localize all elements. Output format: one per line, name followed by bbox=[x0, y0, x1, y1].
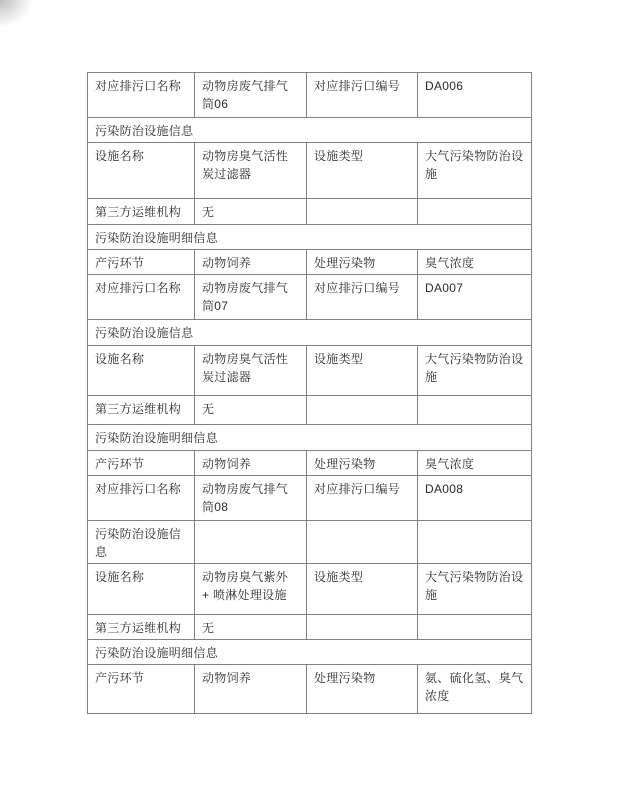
field-label-cell: 第三方运维机构 bbox=[88, 615, 195, 640]
field-value-cell: DA006 bbox=[418, 73, 532, 118]
field-value-cell: DA007 bbox=[418, 275, 532, 320]
field-label-cell: 产污环节 bbox=[88, 451, 195, 476]
field-value-cell bbox=[195, 521, 307, 564]
field-value-cell: 无 bbox=[195, 199, 307, 225]
page-corner-shade bbox=[0, 0, 46, 38]
section-header-cell: 污染防治设施明细信息 bbox=[88, 425, 532, 451]
field-label-cell: 处理污染物 bbox=[307, 451, 418, 476]
table-row: 第三方运维机构无 bbox=[88, 396, 532, 425]
field-label-cell bbox=[307, 199, 418, 225]
field-label-cell: 对应排污口名称 bbox=[88, 275, 195, 320]
table-row: 第三方运维机构无 bbox=[88, 615, 532, 640]
field-label-cell: 第三方运维机构 bbox=[88, 199, 195, 225]
field-label-cell: 处理污染物 bbox=[307, 665, 418, 714]
section-header-row: 污染防治设施明细信息 bbox=[88, 225, 532, 250]
field-value-cell: 大气污染物防治设施 bbox=[418, 143, 532, 199]
section-header-cell: 污染防治设施信息 bbox=[88, 320, 532, 346]
section-header-row: 污染防治设施信息 bbox=[88, 118, 532, 143]
field-value-cell: 动物房臭气紫外 + 喷淋处理设施 bbox=[195, 564, 307, 615]
field-value-cell: 动物饲养 bbox=[195, 451, 307, 476]
section-header-cell: 污染防治设施明细信息 bbox=[88, 225, 532, 250]
pollution-table-body: 对应排污口名称动物房废气排气筒06对应排污口编号DA006污染防治设施信息设施名… bbox=[88, 73, 532, 714]
table-row: 对应排污口名称动物房废气排气筒07对应排污口编号DA007 bbox=[88, 275, 532, 320]
field-value-cell bbox=[418, 396, 532, 425]
table-row: 产污环节动物饲养处理污染物氨、硫化氢、臭气浓度 bbox=[88, 665, 532, 714]
field-value-cell bbox=[418, 521, 532, 564]
field-value-cell: DA008 bbox=[418, 476, 532, 521]
field-value-cell: 臭气浓度 bbox=[418, 451, 532, 476]
field-value-cell bbox=[418, 199, 532, 225]
field-value-cell: 无 bbox=[195, 615, 307, 640]
field-label-cell: 设施类型 bbox=[307, 564, 418, 615]
field-label-cell bbox=[307, 521, 418, 564]
field-label-cell bbox=[307, 615, 418, 640]
field-label-cell: 对应排污口编号 bbox=[307, 476, 418, 521]
field-label-cell: 对应排污口名称 bbox=[88, 476, 195, 521]
field-value-cell: 大气污染物防治设施 bbox=[418, 564, 532, 615]
section-header-row: 污染防治设施明细信息 bbox=[88, 425, 532, 451]
field-label-cell bbox=[307, 396, 418, 425]
section-header-cell: 污染防治设施信息 bbox=[88, 118, 532, 143]
field-value-cell: 动物房臭气活性炭过滤器 bbox=[195, 346, 307, 396]
field-label-cell: 设施名称 bbox=[88, 346, 195, 396]
field-value-cell: 动物饲养 bbox=[195, 665, 307, 714]
pollution-facility-table: 对应排污口名称动物房废气排气筒06对应排污口编号DA006污染防治设施信息设施名… bbox=[87, 72, 532, 714]
field-value-cell: 动物饲养 bbox=[195, 250, 307, 275]
field-value-cell: 臭气浓度 bbox=[418, 250, 532, 275]
field-label-cell: 产污环节 bbox=[88, 665, 195, 714]
section-header-row: 污染防治设施明细信息 bbox=[88, 640, 532, 665]
field-label-cell: 污染防治设施信息 bbox=[88, 521, 195, 564]
field-value-cell: 无 bbox=[195, 396, 307, 425]
field-value-cell: 动物房臭气活性炭过滤器 bbox=[195, 143, 307, 199]
permit-table-container: 对应排污口名称动物房废气排气筒06对应排污口编号DA006污染防治设施信息设施名… bbox=[87, 72, 533, 714]
field-label-cell: 设施名称 bbox=[88, 564, 195, 615]
field-label-cell: 对应排污口编号 bbox=[307, 275, 418, 320]
table-row: 污染防治设施信息 bbox=[88, 521, 532, 564]
field-value-cell bbox=[418, 615, 532, 640]
field-value-cell: 氨、硫化氢、臭气浓度 bbox=[418, 665, 532, 714]
field-value-cell: 大气污染物防治设施 bbox=[418, 346, 532, 396]
table-row: 对应排污口名称动物房废气排气筒06对应排污口编号DA006 bbox=[88, 73, 532, 118]
table-row: 第三方运维机构无 bbox=[88, 199, 532, 225]
field-label-cell: 设施类型 bbox=[307, 143, 418, 199]
section-header-row: 污染防治设施信息 bbox=[88, 320, 532, 346]
section-header-cell: 污染防治设施明细信息 bbox=[88, 640, 532, 665]
table-row: 产污环节动物饲养处理污染物臭气浓度 bbox=[88, 250, 532, 275]
table-row: 设施名称动物房臭气紫外 + 喷淋处理设施设施类型大气污染物防治设施 bbox=[88, 564, 532, 615]
table-row: 设施名称动物房臭气活性炭过滤器设施类型大气污染物防治设施 bbox=[88, 143, 532, 199]
field-label-cell: 对应排污口名称 bbox=[88, 73, 195, 118]
field-label-cell: 产污环节 bbox=[88, 250, 195, 275]
table-row: 产污环节动物饲养处理污染物臭气浓度 bbox=[88, 451, 532, 476]
field-label-cell: 对应排污口编号 bbox=[307, 73, 418, 118]
field-label-cell: 第三方运维机构 bbox=[88, 396, 195, 425]
table-row: 设施名称动物房臭气活性炭过滤器设施类型大气污染物防治设施 bbox=[88, 346, 532, 396]
field-label-cell: 设施名称 bbox=[88, 143, 195, 199]
field-value-cell: 动物房废气排气筒06 bbox=[195, 73, 307, 118]
field-label-cell: 设施类型 bbox=[307, 346, 418, 396]
field-value-cell: 动物房废气排气筒08 bbox=[195, 476, 307, 521]
field-value-cell: 动物房废气排气筒07 bbox=[195, 275, 307, 320]
field-label-cell: 处理污染物 bbox=[307, 250, 418, 275]
table-row: 对应排污口名称动物房废气排气筒08对应排污口编号DA008 bbox=[88, 476, 532, 521]
document-page: { "page": { "background": "#ffffff", "te… bbox=[0, 0, 618, 800]
